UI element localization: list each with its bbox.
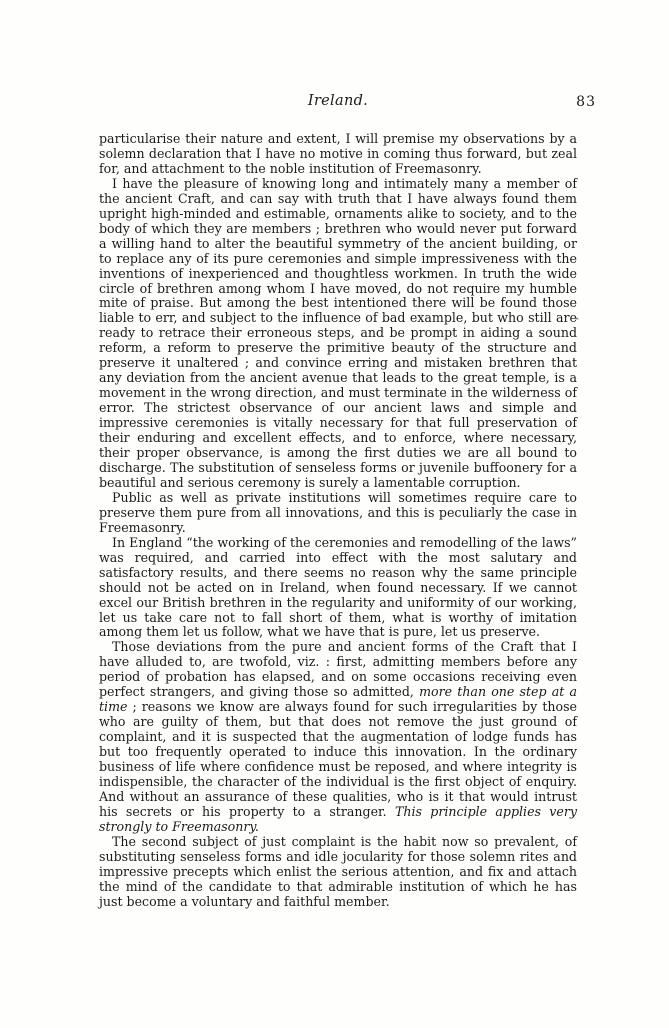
paragraph: In England “the working of the ceremonie… xyxy=(99,536,577,641)
scanned-book-page: Ireland. 83 particularise their nature a… xyxy=(0,0,669,1028)
text-segment: Public as well as private institutions w… xyxy=(99,490,577,535)
running-title: Ireland. xyxy=(99,93,577,109)
scan-artifact-mark: ˆ xyxy=(575,318,580,328)
text-segment: particularise their nature and extent, I… xyxy=(99,131,577,176)
paragraph: particularise their nature and extent, I… xyxy=(99,132,577,177)
running-header: Ireland. 83 xyxy=(99,93,577,113)
text-segment: I have the pleasure of knowing long and … xyxy=(99,176,577,490)
text-segment: ; reasons we know are always found for s… xyxy=(99,699,577,819)
text-segment: In England “the working of the ceremonie… xyxy=(99,535,577,640)
text-block: particularise their nature and extent, I… xyxy=(99,132,577,910)
paragraph: Public as well as private institutions w… xyxy=(99,491,577,536)
paragraph: I have the pleasure of knowing long and … xyxy=(99,177,577,491)
paragraph: Those deviations from the pure and ancie… xyxy=(99,640,577,834)
page-number: 83 xyxy=(576,94,596,110)
text-segment: The second subject of just complaint is … xyxy=(99,834,577,909)
paragraph: The second subject of just complaint is … xyxy=(99,835,577,910)
